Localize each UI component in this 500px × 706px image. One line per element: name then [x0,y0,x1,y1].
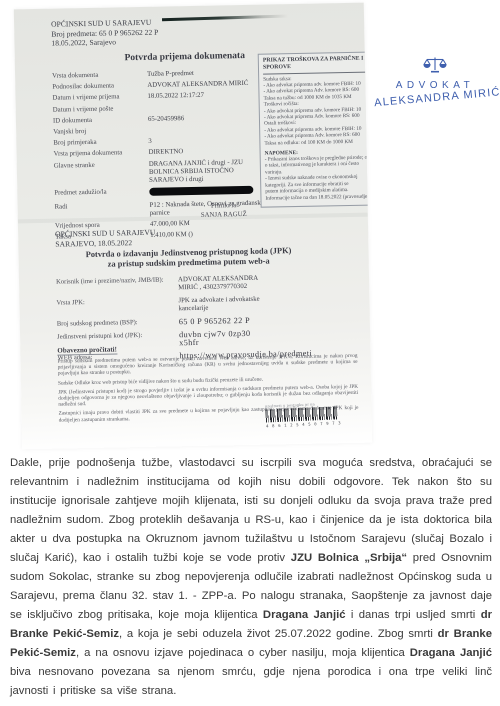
statement-bold-run: Dragana Janjić [263,609,346,621]
row-label: Vanjski broj [53,127,148,137]
row-label: Broj primjeraka [53,138,148,148]
scan-artifact-top-edge [162,14,288,21]
row-label: ID dokumenta [53,116,148,126]
redaction-bar [149,186,253,196]
row-value: ADVOKAT ALEKSANDRA MIRIĆ , 4302379770302 [178,275,268,293]
row-label: Broj sudskog predmeta (BSP): [57,318,179,328]
receipt-header: OPĆINSKI SUD U SARAJEVU Broj predmeta: 6… [51,18,159,49]
row-value: 3 [148,136,265,146]
statement-run: , a koja je sebi oduzela život 25.07.202… [119,628,438,640]
barcode: predmeti u postupku pr nn 4 8 6 1 2 5 4 … [265,400,338,428]
row-value: DRAGANA JANJIĆ i drugi - JZU BOLNICA SRB… [149,158,266,184]
jpk-court: OPĆINSKI SUD U SARAJEVU [55,228,155,239]
costs-panel: PRIKAZ TROŠKOVA ZA PARNIČNE I PR. SPOROV… [258,51,372,207]
jpk-header: OPĆINSKI SUD U SARAJEVU SARAJEVO, 18.05.… [55,228,156,249]
scanned-document: OPĆINSKI SUD U SARAJEVU Broj predmeta: 6… [14,3,372,450]
row-label: Radi [55,202,150,220]
jpk-place-date: SARAJEVO, 18.05.2022 [55,237,155,248]
table-row: Vrsta JPK:JPK za advokate i advokatske k… [56,296,268,316]
costs-line: Taksa na odluku: od 100 KM do 1000 KM [264,138,372,147]
row-label: Vrsta dokumenta [52,71,147,81]
statement-run: i danas trpi usljed smrti [346,609,481,621]
jpk-notice-title: Obavezno pročitati! [57,345,117,355]
row-value: Tužba P-predmet [147,69,264,79]
table-row: ID dokumenta65-20459986 [53,113,265,125]
table-row: Predmet zadužio/la [54,185,266,200]
statement-run: , a na osnovu izjave pojedinaca o cyber … [76,647,410,659]
receipt-date: 18.05.2022, Sarajevo [51,37,158,49]
row-value: ADVOKAT ALEKSANDRA MIRIĆ [147,80,264,90]
table-row: Vrsta prijema dokumentaDIREKTNO [54,147,266,159]
costs-panel-title: PRIKAZ TROŠKOVA ZA PARNIČNE I PR. SPOROV… [263,55,372,74]
row-label: Korisnik (ime i prezime/naziv, JMB/IB): [56,276,178,294]
row-label: Datum i vrijeme pošte [53,104,148,114]
table-row: Vanjski broj [53,125,265,137]
row-value: 65-20459986 [148,113,265,123]
statement-paragraph: Dakle, prije podnošenja tužbe, vlastodav… [10,454,492,701]
table-row: Glavne strankeDRAGANA JANJIĆ i drugi - J… [54,158,266,186]
row-label: Predmet zadužio/la [54,188,149,201]
scales-of-justice-icon [422,61,448,78]
advokat-logo: ADVOKAT ALEKSANDRA MIRIĆ [374,56,496,104]
table-row: Datum i vrijeme pošte [53,102,265,114]
statement-bold-run: Dragana Janjić [410,647,492,659]
row-value [148,125,265,135]
table-row: Podnosilac dokumentaADVOKAT ALEKSANDRA M… [52,80,264,92]
row-label: Datum i vrijeme prijema [52,93,147,103]
row-label: Podnosilac dokumenta [52,82,147,92]
table-row: Korisnik (ime i prezime/naziv, JMB/IB):A… [56,275,268,295]
row-value: 18.05.2022 12:17:27 [147,91,264,101]
notice-paragraph: Pristup sudskim predmetima putem web-a s… [58,353,358,377]
row-value: DIREKTNO [149,147,266,157]
statement-run: Dakle, prije podnošenja tužbe, vlastodav… [10,457,492,564]
table-row: Broj sudskog predmeta (BSP):65 0 P 96526… [57,317,269,329]
row-value [148,102,265,112]
table-row: Datum i vrijeme prijema18.05.2022 12:17:… [52,91,264,103]
row-label: Vrsta prijema dokumenta [54,149,149,159]
statement-run: biva nesnovano povezana sa njenom smrću,… [10,666,492,697]
row-value: JPK za advokate i advokatske kancelarije [178,296,268,314]
costs-panel-lines: Sudska taksa:- Ako advokat priprema adv.… [263,74,372,147]
jpk-title: Potvrda o izdavanju Jedinstvenog pristup… [43,245,333,271]
row-label: Vrsta JPK: [56,297,178,315]
table-row: Vrsta dokumentaTužba P-predmet [52,69,264,81]
row-value: 1.410,00 KM () [150,230,267,240]
costs-note-lines: - Prikazani iznos troškova je pregledne … [265,155,373,202]
statement-bold-run: JZU Bolnica „Srbija“ [291,552,407,564]
row-value [149,185,266,198]
table-row: Broj primjeraka3 [53,136,265,148]
row-label: Glavne stranke [54,160,149,186]
row-value: 65 0 P 965262 22 P [179,317,269,327]
